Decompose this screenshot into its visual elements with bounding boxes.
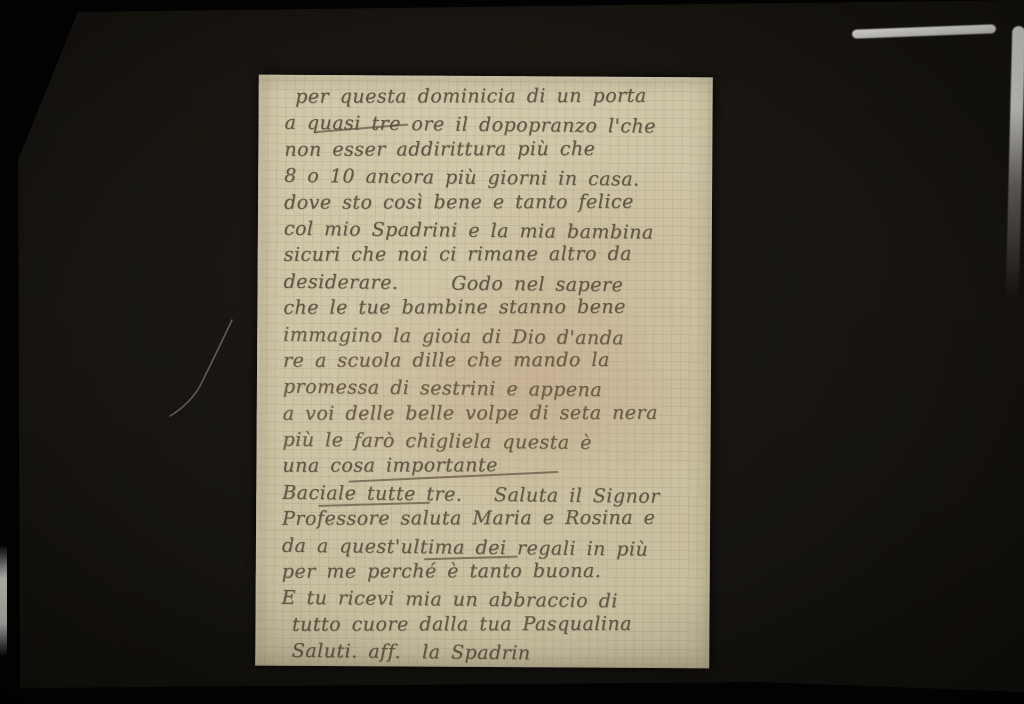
letter-line: per questa dominicia di un porta <box>285 83 703 110</box>
scan-backdrop: per questa dominicia di un portaa quasi … <box>0 0 1024 704</box>
letter-line: per me perché è tanto buona. <box>282 558 700 585</box>
letter-lines: per questa dominicia di un portaa quasi … <box>281 84 703 667</box>
letter-line: che le tue bambine stanno bene <box>283 294 701 321</box>
letter-line: re a scuola dille che mando la <box>283 347 701 374</box>
white-paper-sliver-left <box>0 545 7 657</box>
letter-line: tutto cuore dalla tua Pasqualina <box>281 610 699 637</box>
letter-line: a voi delle belle volpe di seta nera <box>283 399 701 426</box>
letter-line: non esser addirittura più che <box>284 135 702 162</box>
letter-line: sicuri che noi ci rimane altro da <box>284 241 702 268</box>
letter-line: dove sto così bene e tanto felice <box>284 188 702 215</box>
stray-fiber <box>160 312 244 426</box>
letter-line: Professore saluta Maria e Rosina e <box>282 505 700 532</box>
letter-paper: per questa dominicia di un portaa quasi … <box>255 75 713 669</box>
letter-line: Saluti. aff. la Spadrin <box>281 638 699 669</box>
